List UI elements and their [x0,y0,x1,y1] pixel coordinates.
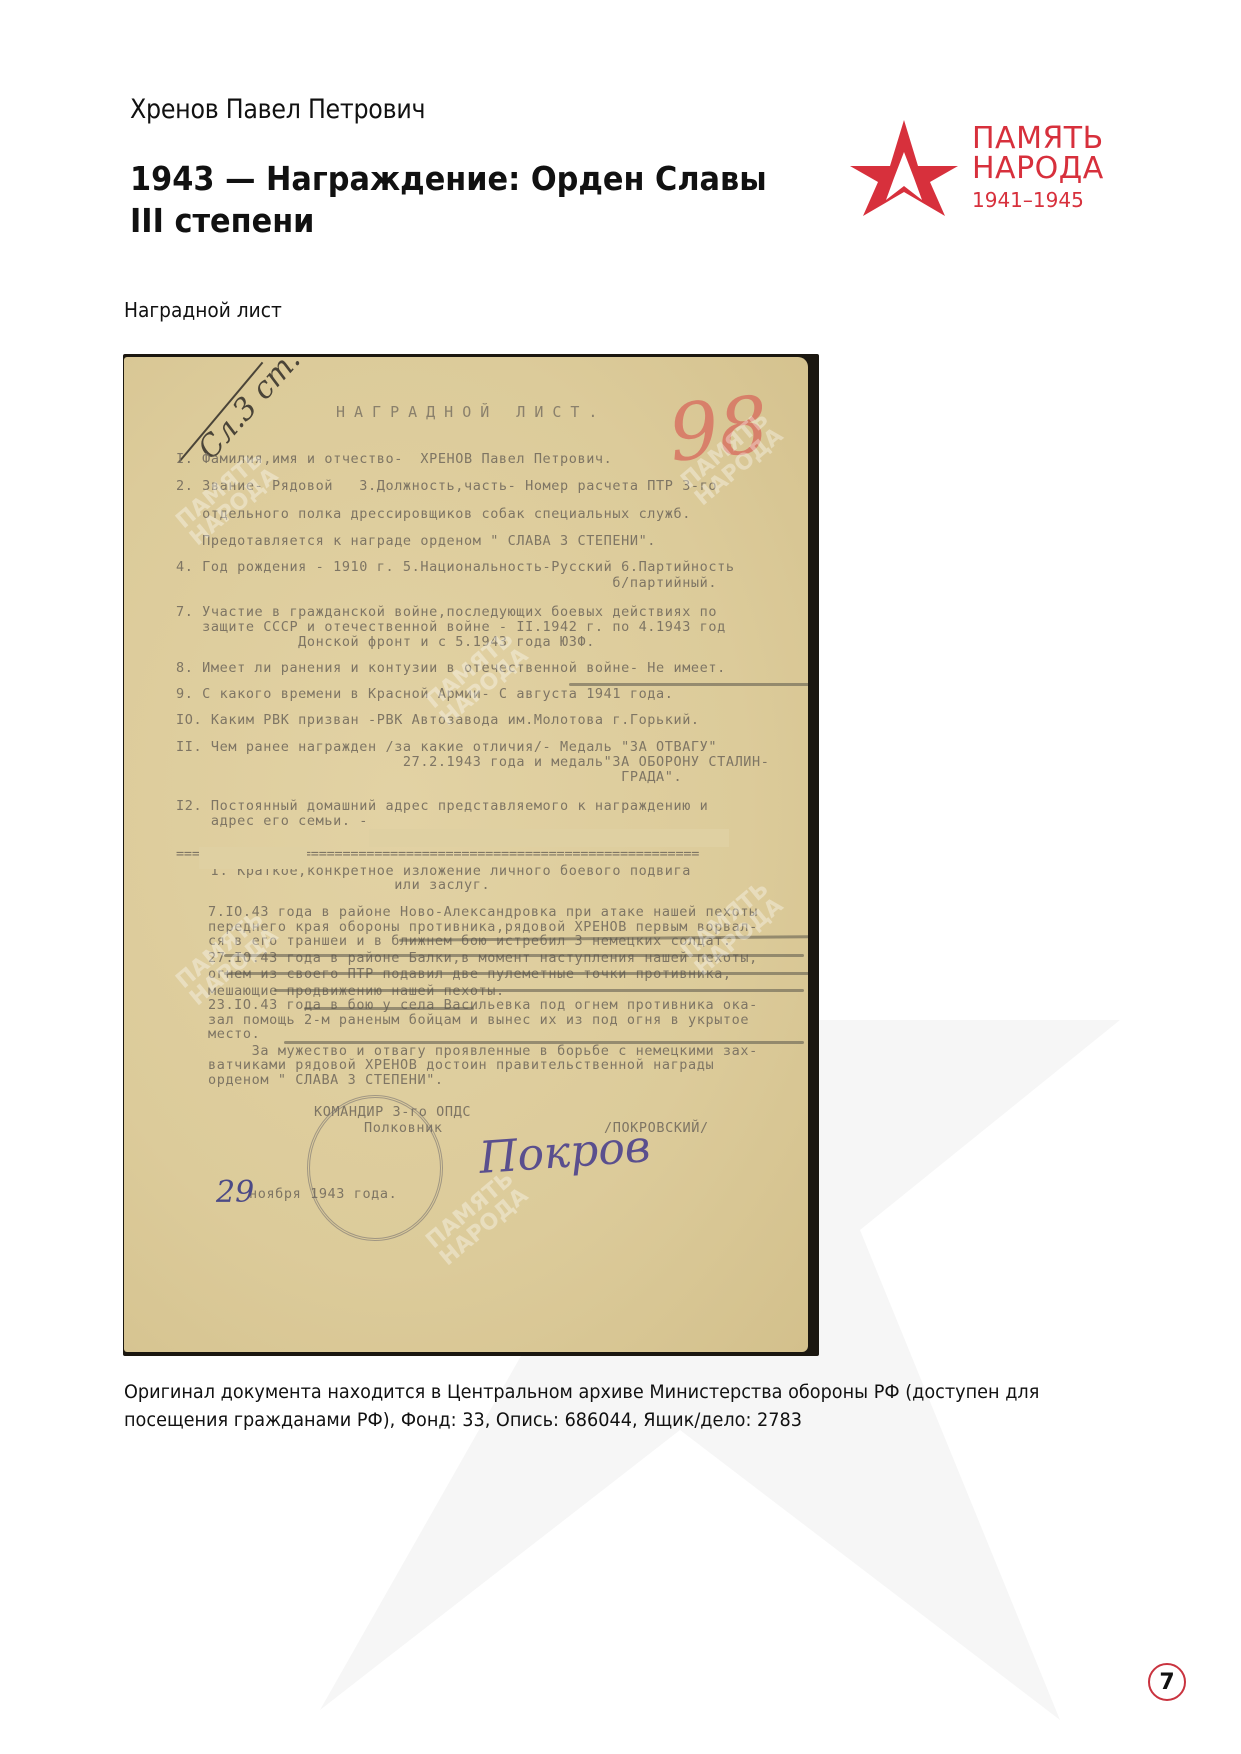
pen-underline [304,1007,474,1010]
person-name: Хренов Павел Петрович [130,94,425,125]
redacted-address-2 [199,847,307,869]
archive-caption: Оригинал документа находится в Центральн… [124,1378,1054,1434]
document-line: ватчиками рядовой ХРЕНОВ достоин правите… [208,1058,714,1073]
document-line: или заслуг. [176,878,490,893]
document-line: адрес его семьи. - [176,814,368,829]
document-heading: НАГРАДНОЙ ЛИСТ. [336,405,606,420]
document-line: защите СССР и отечественной войне - II.1… [176,620,726,635]
document-line: 7. Участие в гражданской войне,последующ… [176,605,717,620]
handwritten-date-day: 29 [216,1175,254,1210]
red-star-icon [850,118,958,218]
document-line: 23.IO.43 года в бою у села Васильевка по… [208,998,758,1013]
document-line: ГРАДА". [176,770,682,785]
document-line: место. [208,1027,260,1042]
section-label: Наградной лист [124,298,282,322]
document-line: Донской фронт и с 5.1943 года ЮЗФ. [176,635,595,650]
page-title: 1943 — Награждение: Орден Славы III степ… [130,158,774,242]
award-sheet-paper: Сл.3 ст. 98 НАГРАДНОЙ ЛИСТ. I. Фамилия,и… [124,357,808,1352]
document-line: I2. Постоянный домашний адрес представля… [176,799,708,814]
pen-underline [569,683,808,686]
page-title-line2: III степени [130,200,774,242]
document-line: 7.IO.43 года в районе Ново-Александровка… [208,905,758,920]
page-title-line1: 1943 — Награждение: Орден Славы [130,158,774,200]
document-line: II. Чем ранее награжден /за какие отличи… [176,740,717,755]
pen-underline [284,1041,804,1044]
document-line: 4. Год рождения - 1910 г. 5.Национальнос… [176,560,735,575]
document-line: зал помощь 2-м раненым бойцам и вынес их… [208,1013,749,1028]
document-line: орденом " СЛАВА 3 СТЕПЕНИ". [208,1073,444,1088]
logo-years: 1941–1945 [972,186,1104,214]
document-line: Предотавляется к награде орденом " СЛАВА… [176,534,656,549]
pen-underline [274,989,804,992]
document-line: 27.2.1943 года и медаль"ЗА ОБОРОНУ СТАЛИ… [176,755,769,770]
document-line: б/партийный. [176,576,717,591]
logo-line2: НАРОДА [972,154,1104,184]
redacted-address [369,829,729,847]
document-line: отдельного полка дрессировщиков собак сп… [176,507,691,522]
pen-underline [224,972,808,975]
official-seal-stamp [307,1095,443,1241]
page-number: 7 [1148,1663,1186,1701]
logo-line1: ПАМЯТЬ [972,124,1104,154]
logo-text: ПАМЯТЬ НАРОДА 1941–1945 [972,124,1104,214]
pamyat-naroda-logo: ПАМЯТЬ НАРОДА 1941–1945 [850,118,1120,218]
award-sheet-scan: Сл.3 ст. 98 НАГРАДНОЙ ЛИСТ. I. Фамилия,и… [123,354,819,1356]
